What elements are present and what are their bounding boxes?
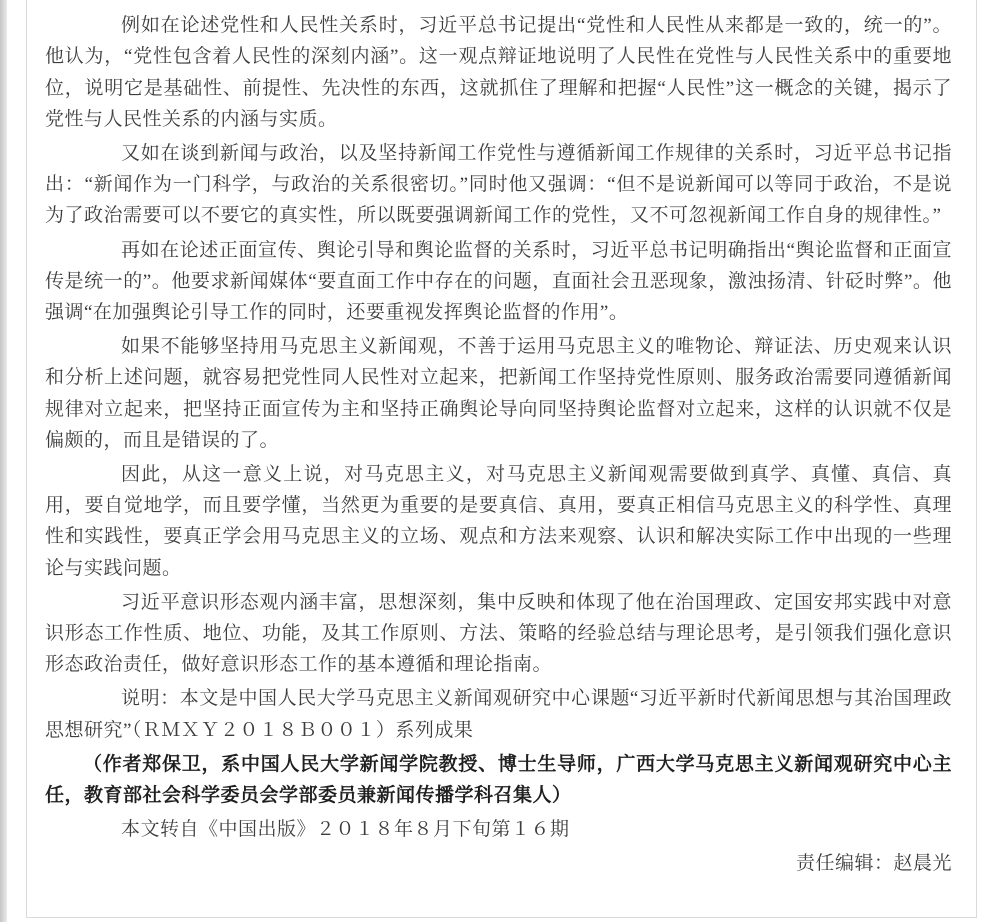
paragraph-ideology-summary: 习近平意识形态观内涵丰富，思想深刻，集中反映和体现了他在治国理政、定国安邦实践中… — [45, 587, 952, 681]
page-left-edge-strip — [0, 0, 7, 922]
article-body: 深刻阐明了理论与实践问题的关系。 例如在论述党性和人民性关系时，习近平总书记提出… — [45, 0, 952, 880]
paragraph-public-opinion: 再如在论述正面宣传、舆论引导和舆论监督的关系时，习近平总书记明确指出“舆论监督和… — [45, 235, 952, 329]
paragraph-author-bio: （作者郑保卫，系中国人民大学新闻学院教授、博士生导师，广西大学马克思主义新闻观研… — [45, 749, 952, 811]
paragraph-project-note: 说明：本文是中国人民大学马克思主义新闻观研究中心课题“习近平新时代新闻思想与其治… — [45, 683, 952, 745]
paragraph-news-politics: 又如在谈到新闻与政治，以及坚持新闻工作党性与遵循新闻工作规律的关系时，习近平总书… — [45, 138, 952, 232]
paragraph-true-learning: 因此，从这一意义上说，对马克思主义，对马克思主义新闻观需要做到真学、真懂、真信、… — [45, 459, 952, 584]
paragraph-source: 本文转自《中国出版》２０１８年８月下旬第１６期 — [45, 814, 952, 845]
article-sheet: 深刻阐明了理论与实践问题的关系。 例如在论述党性和人民性关系时，习近平总书记提出… — [26, 0, 977, 918]
clipped-top-line: 深刻阐明了理论与实践问题的关系。 — [45, 0, 952, 7]
paragraph-party-spirit: 例如在论述党性和人民性关系时，习近平总书记提出“党性和人民性从来都是一致的，统一… — [45, 10, 952, 135]
paragraph-marxist-view: 如果不能够坚持用马克思主义新闻观，不善于运用马克思主义的唯物论、辩证法、历史观来… — [45, 331, 952, 456]
editor-credit-line: 责任编辑：赵晨光 — [45, 848, 952, 879]
